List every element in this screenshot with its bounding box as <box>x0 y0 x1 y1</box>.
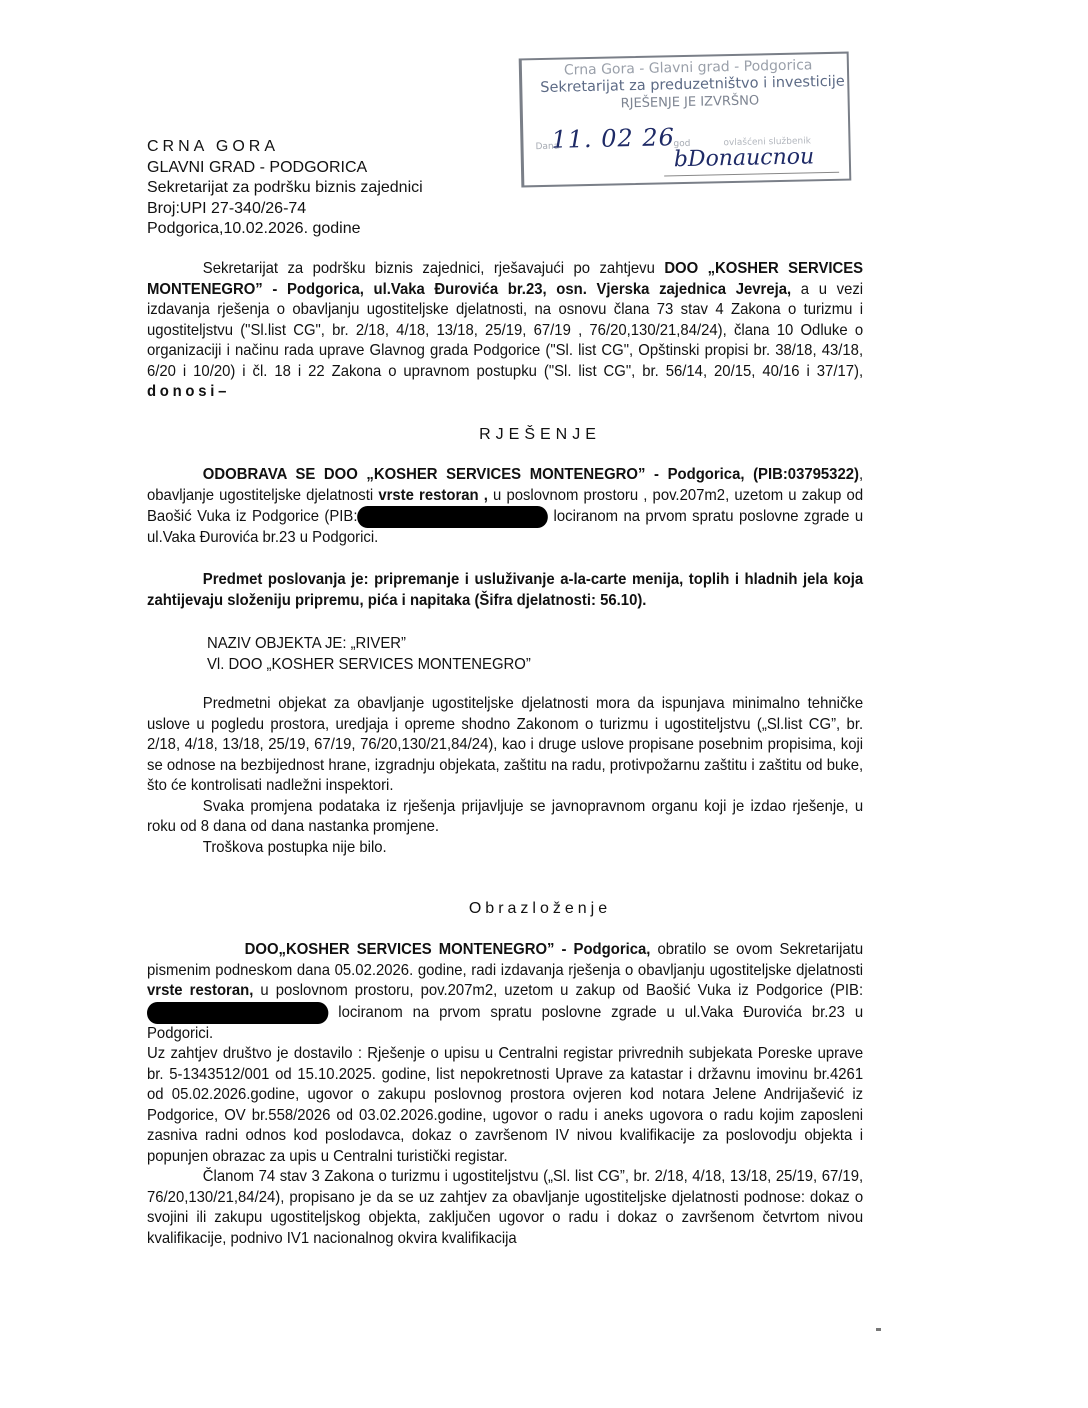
header-place-date: Podgorica,10.02.2026. godine <box>147 219 423 240</box>
object-name-block: NAZIV OBJEKTA JE: „RIVER” Vl. DOO „KOSHE… <box>207 634 923 675</box>
redaction-block <box>147 1002 328 1024</box>
requirements-text: Predmetni objekat za obavljanje ugostite… <box>147 694 863 797</box>
stamp-handwritten-date: 11. 02 26 <box>551 123 675 154</box>
header-city: GLAVNI GRAD - PODGORICA <box>147 158 423 179</box>
document-page: Crna Gora - Glavni grad - Podgorica Sekr… <box>0 0 1088 1408</box>
business-subject-paragraph: Predmet poslovanja je: pripremanje i usl… <box>147 570 863 611</box>
change-notice-text: Svaka promjena podataka iz rješenja prij… <box>147 797 863 838</box>
header-secretariat: Sekretarijat za podršku biznis zajednici <box>147 178 423 199</box>
intro-paragraph: Sekretarijat za podršku biznis zajednici… <box>147 259 863 403</box>
reasoning-type: vrste restoran, <box>147 982 253 999</box>
intro-text-start: Sekretarijat za podršku biznis zajednici… <box>203 260 665 277</box>
scan-artifact <box>876 1328 881 1331</box>
stamp-line-executive: RJEŠENJE JE IZVRŠNO <box>621 93 760 111</box>
reasoning-title: Obrazloženje <box>140 900 940 918</box>
reasoning-paragraph-1: DOO„KOSHER SERVICES MONTENEGRO” - Podgor… <box>147 940 863 1249</box>
redaction-block <box>357 506 548 528</box>
legal-article-text: Članom 74 stav 3 Zakona o turizmu i ugos… <box>147 1167 863 1249</box>
object-name: NAZIV OBJEKTA JE: „RIVER” <box>207 634 923 655</box>
signature-line <box>664 172 839 177</box>
intro-donosi: donosi– <box>147 383 230 400</box>
costs-text: Troškova postupka nije bilo. <box>147 838 863 859</box>
object-owner: Vl. DOO „KOSHER SERVICES MONTENEGRO” <box>207 655 923 676</box>
submitted-documents-text: Uz zahtjev društvo je dostavilo : Rješen… <box>147 1044 863 1167</box>
approval-company: ODOBRAVA SE DOO „KOSHER SERVICES MONTENE… <box>203 466 859 483</box>
header-number: Broj:UPI 27-340/26-74 <box>147 199 423 220</box>
requirements-paragraph: Predmetni objekat za obavljanje ugostite… <box>147 694 863 858</box>
signature: bDonaиcnou <box>674 144 815 172</box>
header-country: CRNA GORA <box>147 137 423 158</box>
decision-title: RJEŠENJE <box>140 426 940 444</box>
approval-type: vrste restoran , <box>378 487 488 504</box>
reasoning-text-b: u poslovnom prostoru, pov.207m2, uzetom … <box>253 982 863 999</box>
official-stamp: Crna Gora - Glavni grad - Podgorica Sekr… <box>519 52 852 188</box>
decision-approval-paragraph: ODOBRAVA SE DOO „KOSHER SERVICES MONTENE… <box>147 465 863 549</box>
reasoning-company: DOO„KOSHER SERVICES MONTENEGRO” - Podgor… <box>245 941 651 958</box>
document-header: CRNA GORA GLAVNI GRAD - PODGORICA Sekret… <box>147 137 423 240</box>
business-subject-text: Predmet poslovanja je: pripremanje i usl… <box>147 570 863 611</box>
